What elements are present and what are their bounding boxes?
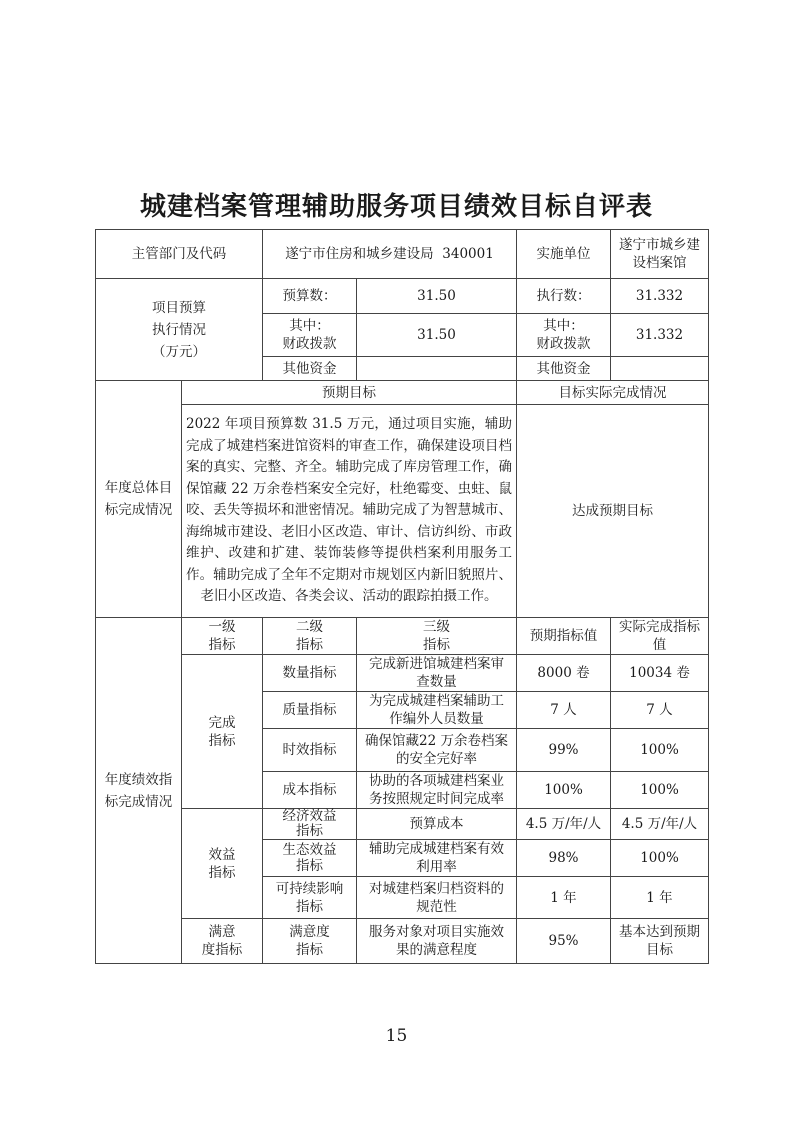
level2-cell: 成本指标	[263, 772, 357, 809]
annual-goal-label: 年度总体目 标完成情况	[96, 381, 182, 618]
other-exec-label: 其他资金	[517, 357, 611, 381]
actual-cell: 7 人	[611, 692, 709, 729]
fiscal-exec-value: 31.332	[611, 314, 709, 357]
impl-unit-value: 遂宁市城乡建 设档案馆	[611, 230, 709, 279]
fiscal-exec-label: 其中： 财政拨款	[517, 314, 611, 357]
level2-cell: 经济效益 指标	[263, 809, 357, 840]
other-budget-value	[357, 357, 517, 381]
exec-amount-label: 执行数：	[517, 279, 611, 314]
other-budget-label: 其他资金	[263, 357, 357, 381]
self-evaluation-table: 主管部门及代码 遂宁市住房和城乡建设局 340001 实施单位 遂宁市城乡建 设…	[95, 229, 709, 964]
actual-cell: 基本达到预期 目标	[611, 919, 709, 964]
page-number: 15	[0, 1026, 793, 1046]
actual-goal-header: 目标实际完成情况	[517, 381, 709, 405]
expected-cell: 98%	[517, 840, 611, 877]
impl-unit-label: 实施单位	[517, 230, 611, 279]
level1-satisfaction: 满意 度指标	[182, 919, 263, 964]
level1-completion: 完成 指标	[182, 655, 263, 809]
annual-goal-content-row: 2022 年项目预算数 31.5 万元，通过项目实施，辅助完成了城建档案进馆资料…	[96, 405, 709, 618]
expected-cell: 1 年	[517, 877, 611, 919]
indicator-row: 完成 指标 数量指标 完成新进馆城建档案审 查数量 8000 卷 10034 卷	[96, 655, 709, 692]
level3-cell: 完成新进馆城建档案审 查数量	[357, 655, 517, 692]
budget-amount-label: 预算数：	[263, 279, 357, 314]
budget-row: 项目预算 执行情况 （万元） 预算数： 31.50 执行数： 31.332	[96, 279, 709, 314]
expected-goal-header: 预期目标	[182, 381, 517, 405]
level3-cell: 为完成城建档案辅助工 作编外人员数量	[357, 692, 517, 729]
header-level2: 二级 指标	[263, 618, 357, 655]
page-title: 城建档案管理辅助服务项目绩效目标自评表	[0, 186, 793, 223]
exec-amount-value: 31.332	[611, 279, 709, 314]
annual-goal-header-row: 年度总体目 标完成情况 预期目标 目标实际完成情况	[96, 381, 709, 405]
actual-cell: 100%	[611, 772, 709, 809]
other-exec-value	[611, 357, 709, 381]
indicators-label: 年度绩效指 标完成情况	[96, 618, 182, 964]
expected-cell: 95%	[517, 919, 611, 964]
level2-cell: 时效指标	[263, 729, 357, 772]
indicator-row: 效益 指标 经济效益 指标 预算成本 4.5 万/年/人 4.5 万/年/人	[96, 809, 709, 840]
level2-cell: 生态效益 指标	[263, 840, 357, 877]
level2-cell: 质量指标	[263, 692, 357, 729]
actual-cell: 4.5 万/年/人	[611, 809, 709, 840]
level2-cell: 可持续影响 指标	[263, 877, 357, 919]
level3-cell: 预算成本	[357, 809, 517, 840]
header-level3: 三级 指标	[357, 618, 517, 655]
expected-cell: 8000 卷	[517, 655, 611, 692]
actual-cell: 1 年	[611, 877, 709, 919]
expected-cell: 4.5 万/年/人	[517, 809, 611, 840]
actual-cell: 100%	[611, 840, 709, 877]
budget-amount-value: 31.50	[357, 279, 517, 314]
header-expected: 预期指标值	[517, 618, 611, 655]
dept-row: 主管部门及代码 遂宁市住房和城乡建设局 340001 实施单位 遂宁市城乡建 设…	[96, 230, 709, 279]
actual-cell: 10034 卷	[611, 655, 709, 692]
indicator-row: 满意 度指标 满意度 指标 服务对象对项目实施效 果的满意程度 95% 基本达到…	[96, 919, 709, 964]
expected-cell: 7 人	[517, 692, 611, 729]
dept-label: 主管部门及代码	[96, 230, 263, 279]
indicator-header-row: 年度绩效指 标完成情况 一级 指标 二级 指标 三级 指标 预期指标值 实际完成…	[96, 618, 709, 655]
header-actual: 实际完成指标 值	[611, 618, 709, 655]
actual-cell: 100%	[611, 729, 709, 772]
header-level1: 一级 指标	[182, 618, 263, 655]
level2-cell: 满意度 指标	[263, 919, 357, 964]
dept-value: 遂宁市住房和城乡建设局 340001	[263, 230, 517, 279]
expected-cell: 100%	[517, 772, 611, 809]
budget-label: 项目预算 执行情况 （万元）	[96, 279, 263, 381]
fiscal-budget-value: 31.50	[357, 314, 517, 357]
level3-cell: 协助的各项城建档案业 务按照规定时间完成率	[357, 772, 517, 809]
level3-cell: 确保馆藏22 万余卷档案 的安全完好率	[357, 729, 517, 772]
expected-cell: 99%	[517, 729, 611, 772]
level1-benefit: 效益 指标	[182, 809, 263, 919]
level3-cell: 辅助完成城建档案有效 利用率	[357, 840, 517, 877]
expected-goal-text: 2022 年项目预算数 31.5 万元，通过项目实施，辅助完成了城建档案进馆资料…	[182, 405, 517, 618]
level3-cell: 对城建档案归档资料的 规范性	[357, 877, 517, 919]
level2-cell: 数量指标	[263, 655, 357, 692]
actual-goal-text: 达成预期目标	[517, 405, 709, 618]
fiscal-budget-label: 其中： 财政拨款	[263, 314, 357, 357]
level3-cell: 服务对象对项目实施效 果的满意程度	[357, 919, 517, 964]
